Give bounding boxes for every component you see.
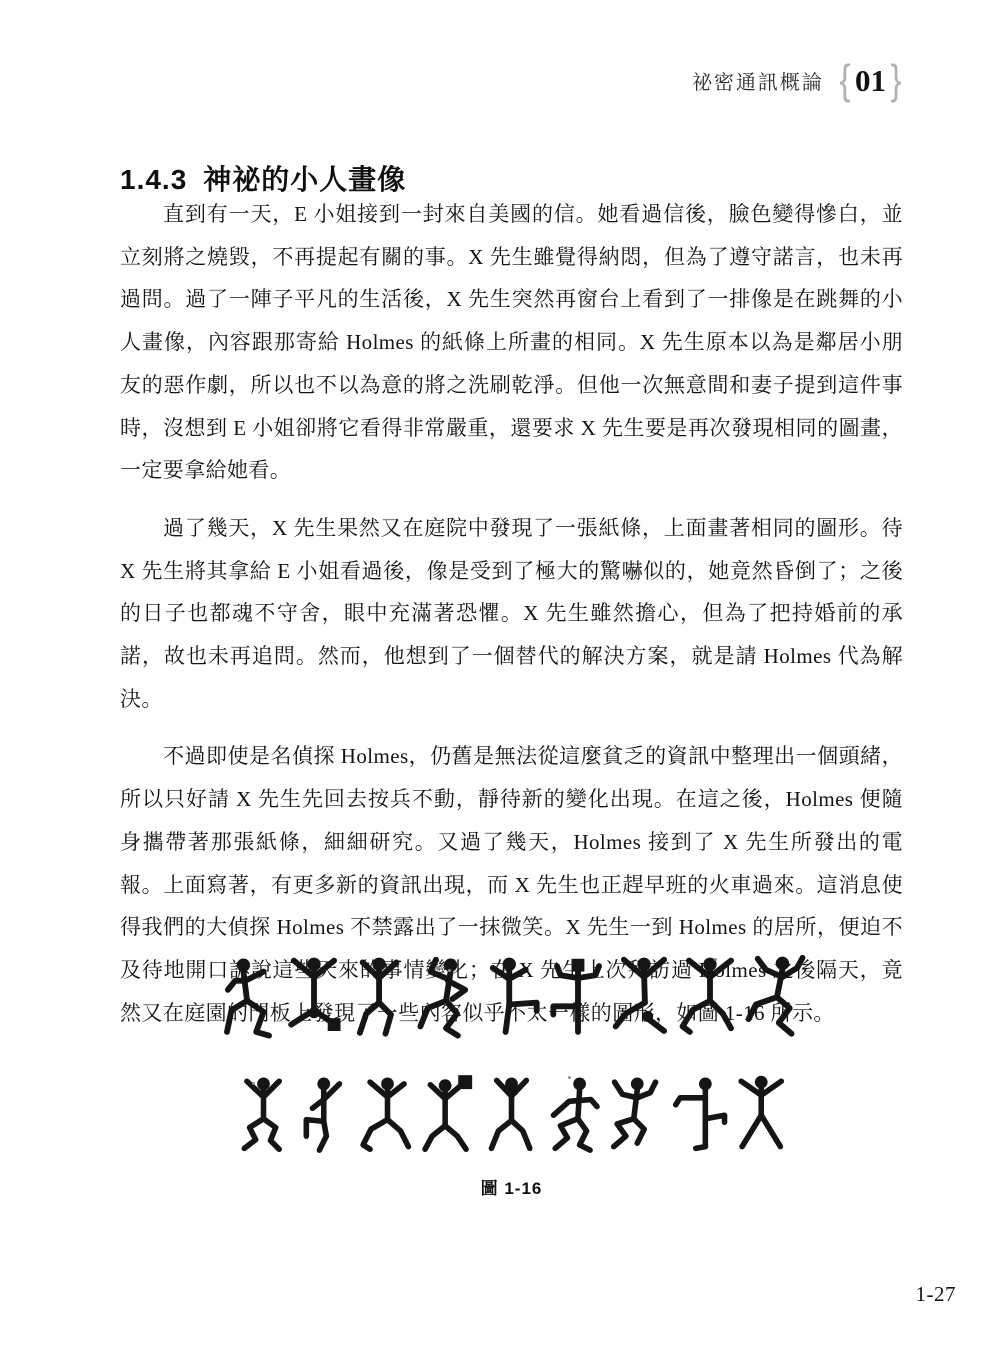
chapter-number: 01: [855, 65, 886, 96]
dancing-men-figure: 圖 1-16: [120, 948, 903, 1199]
brace-right-icon: }: [890, 59, 901, 101]
book-page: 祕密通訊概論 { 01 } 1.4.3神祕的小人畫像 直到有一天，E 小姐接到一…: [0, 0, 1000, 1353]
page-header: 祕密通訊概論 { 01 }: [120, 52, 903, 108]
dancing-man-r2-4: [419, 1066, 480, 1168]
paragraph-2: 過了幾天，X 先生果然又在庭院中發現了一張紙條，上面畫著相同的圖形。待 X 先生…: [120, 507, 903, 721]
body-text: 直到有一天，E 小姐接到一封來自美國的信。她看過信後，臉色變得慘白，並立刻將之燒…: [120, 193, 903, 1049]
dancing-man-r1-9: [744, 948, 808, 1050]
paragraph-1: 直到有一天，E 小姐接到一封來自美國的信。她看過信後，臉色變得慘白，並立刻將之燒…: [120, 193, 903, 492]
dancing-man-r1-8: [678, 948, 742, 1050]
dancing-man-r1-7: [612, 948, 676, 1050]
dancing-man-r2-1: [233, 1066, 294, 1168]
chapter-title: 祕密通訊概論: [692, 66, 824, 95]
page-number: 1-27: [916, 1282, 957, 1307]
scan-speck-2: [448, 969, 451, 972]
dancing-man-r2-9: [729, 1066, 790, 1168]
dancing-man-r2-5: [481, 1066, 542, 1168]
dancing-man-r2-7: [605, 1066, 666, 1168]
dancing-man-r2-8: [667, 1066, 728, 1168]
dancing-man-r1-3: [348, 948, 412, 1050]
dancing-man-r2-6: [543, 1066, 604, 1168]
scan-speck-5: [568, 1076, 571, 1079]
scan-speck-1: [436, 966, 440, 970]
figure-caption-number: 1-16: [504, 1179, 542, 1198]
section-number: 1.4.3: [120, 164, 187, 195]
scan-speck-4: [252, 1082, 255, 1085]
dancing-men-row-2: [120, 1066, 903, 1168]
section-heading: 1.4.3神祕的小人畫像: [120, 158, 406, 198]
dancing-man-r2-2: [295, 1066, 356, 1168]
dancing-man-r1-2: [282, 948, 346, 1050]
dancing-man-r1-6: [546, 948, 610, 1050]
chapter-number-badge: { 01 }: [838, 59, 903, 101]
dancing-men-row-1: [120, 948, 903, 1050]
section-title: 神祕的小人畫像: [203, 164, 406, 195]
figure-caption-label: 圖: [481, 1179, 499, 1198]
scan-speck-3: [714, 958, 717, 961]
dancing-man-r1-1: [216, 948, 280, 1050]
dancing-man-r1-5: [480, 948, 544, 1050]
dancing-man-r1-4: [414, 948, 478, 1050]
figure-caption: 圖 1-16: [120, 1174, 903, 1199]
brace-left-icon: {: [839, 59, 850, 101]
dancing-man-r2-3: [357, 1066, 418, 1168]
